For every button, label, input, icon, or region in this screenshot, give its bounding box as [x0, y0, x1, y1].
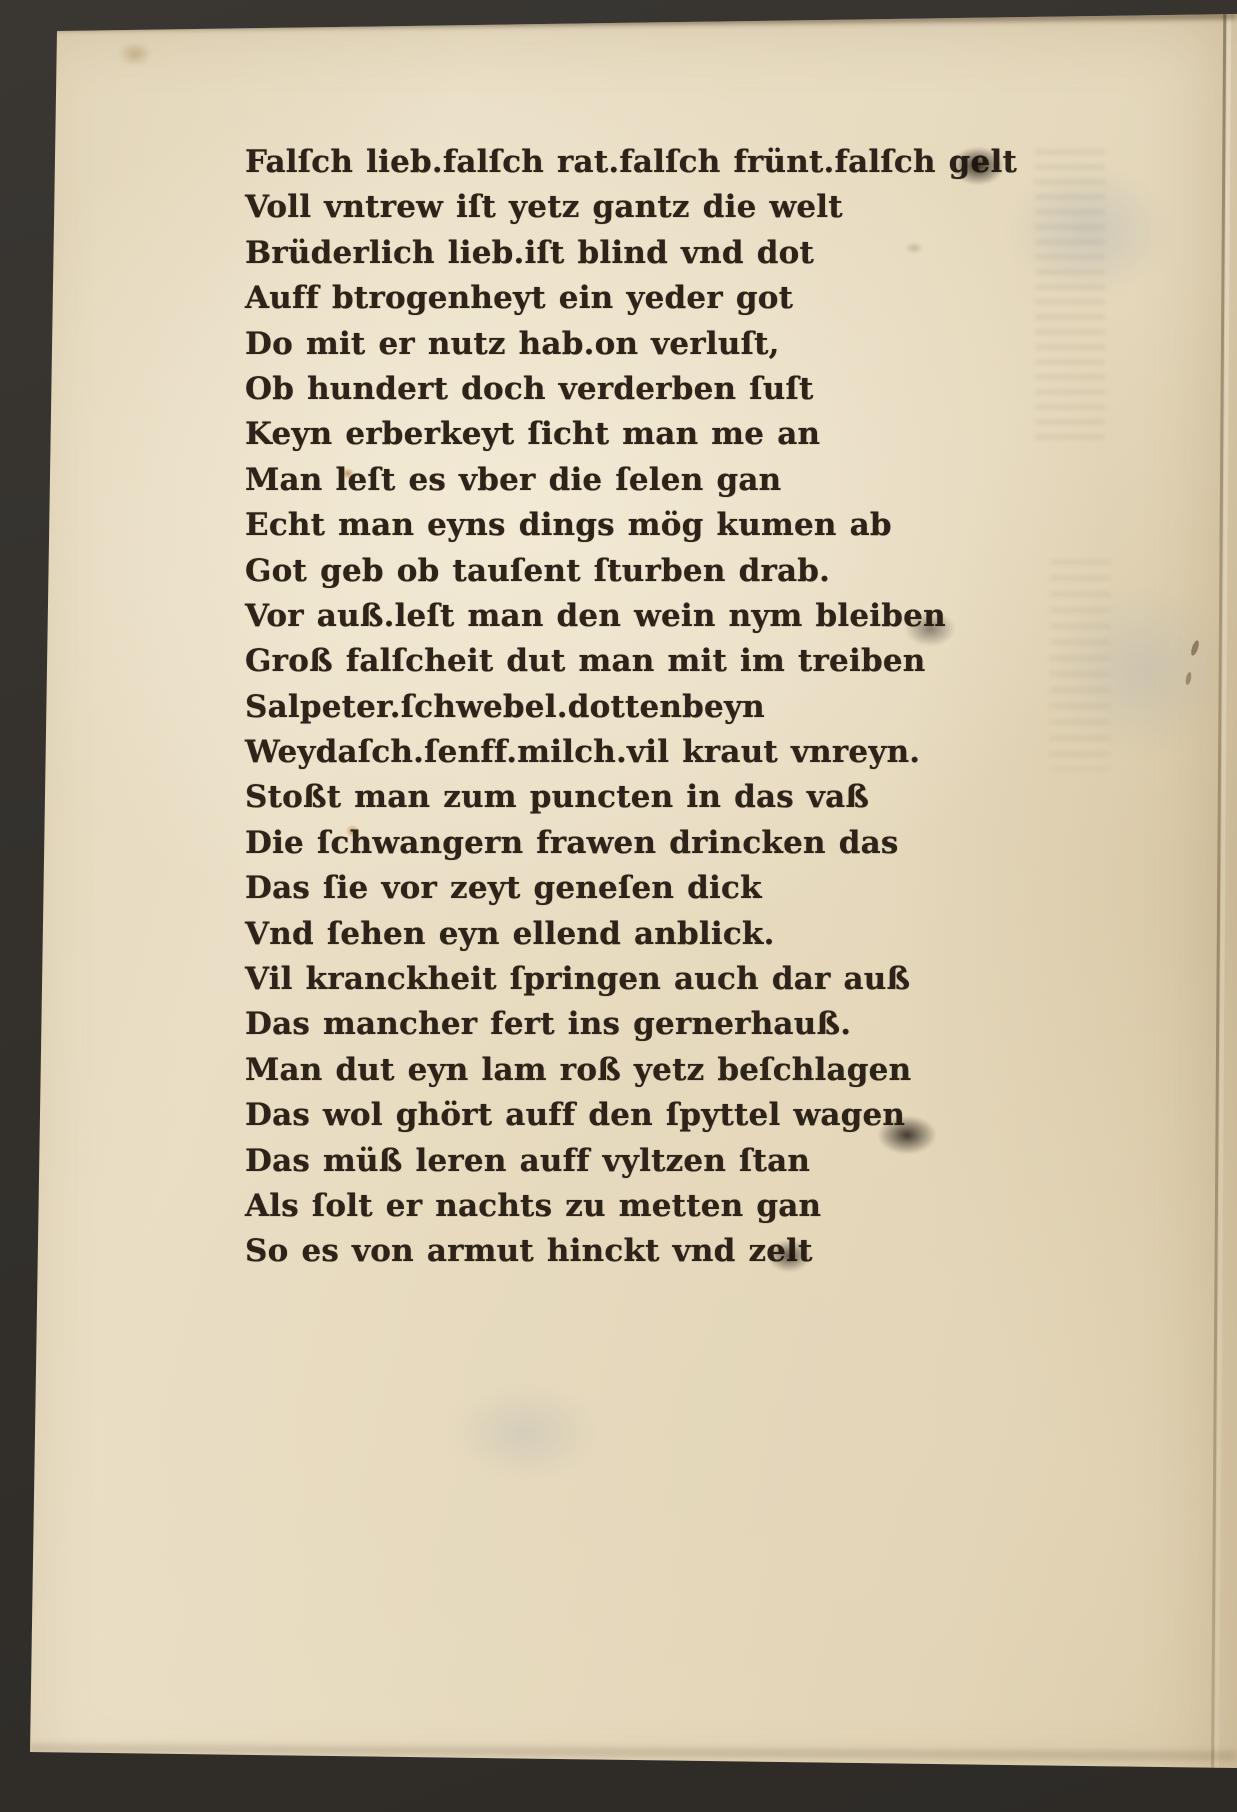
text-line: Man dut eyn lam roß yetz beſchlagen: [245, 1048, 1075, 1093]
text-line: Man leſt es vber die ſelen gan: [245, 458, 1075, 503]
scanned-book-page: Falſch lieb.falſch rat.falſch frünt.falſ…: [0, 0, 1237, 1812]
text-line: Die ſchwangern frawen drincken das: [245, 821, 1075, 866]
poem-text-block: Falſch lieb.falſch rat.falſch frünt.falſ…: [245, 140, 1075, 1275]
text-line: Auff btrogenheyt ein yeder got: [245, 276, 1075, 321]
stitch-mark: [1185, 672, 1193, 686]
text-line: Brüderlich lieb.iſt blind vnd dot: [245, 231, 1075, 276]
text-line: So es von armut hinckt vnd zelt: [245, 1229, 1075, 1274]
blue-stain: [1055, 585, 1225, 755]
text-line: Vor auß.leſt man den wein nym bleiben: [245, 594, 1075, 639]
text-line: Do mit er nutz hab.on verluſt,: [245, 322, 1075, 367]
text-line: Als ſolt er nachts zu metten gan: [245, 1184, 1075, 1229]
text-line: Ob hundert doch verderben ſuſt: [245, 367, 1075, 412]
blue-stain: [450, 1385, 600, 1480]
text-line: Das mancher fert ins gernerhauß.: [245, 1002, 1075, 1047]
stitch-mark: [1190, 639, 1201, 656]
text-line: Got geb ob tauſent ſturben drab.: [245, 549, 1075, 594]
text-line: Voll vntrew iſt yetz gantz die welt: [245, 185, 1075, 230]
text-line: Keyn erberkeyt ſicht man me an: [245, 412, 1075, 457]
text-line: Stoßt man zum puncten in das vaß: [245, 775, 1075, 820]
age-spot: [118, 42, 152, 66]
paper-leaf: Falſch lieb.falſch rat.falſch frünt.falſ…: [0, 0, 1237, 1812]
text-line: Echt man eyns dings mög kumen ab: [245, 503, 1075, 548]
text-line: Groß falſcheit dut man mit im treiben: [245, 639, 1075, 684]
text-line: Das ſie vor zeyt geneſen dick: [245, 866, 1075, 911]
text-line: Salpeter.ſchwebel.dottenbeyn: [245, 685, 1075, 730]
text-line: Vnd ſehen eyn ellend anblick.: [245, 912, 1075, 957]
text-line: Das müß leren auff vyltzen ſtan: [245, 1139, 1075, 1184]
page-top-edge-shadow: [52, 13, 1237, 30]
text-line: Vil kranckheit ſpringen auch dar auß: [245, 957, 1075, 1002]
page-bottom-edge-shadow: [28, 1746, 1237, 1758]
text-line: Falſch lieb.falſch rat.falſch frünt.falſ…: [245, 140, 1075, 185]
text-line: Das wol ghört auff den ſpyttel wagen: [245, 1093, 1075, 1138]
text-line: Weydaſch.ſenff.milch.vil kraut vnreyn.: [245, 730, 1075, 775]
